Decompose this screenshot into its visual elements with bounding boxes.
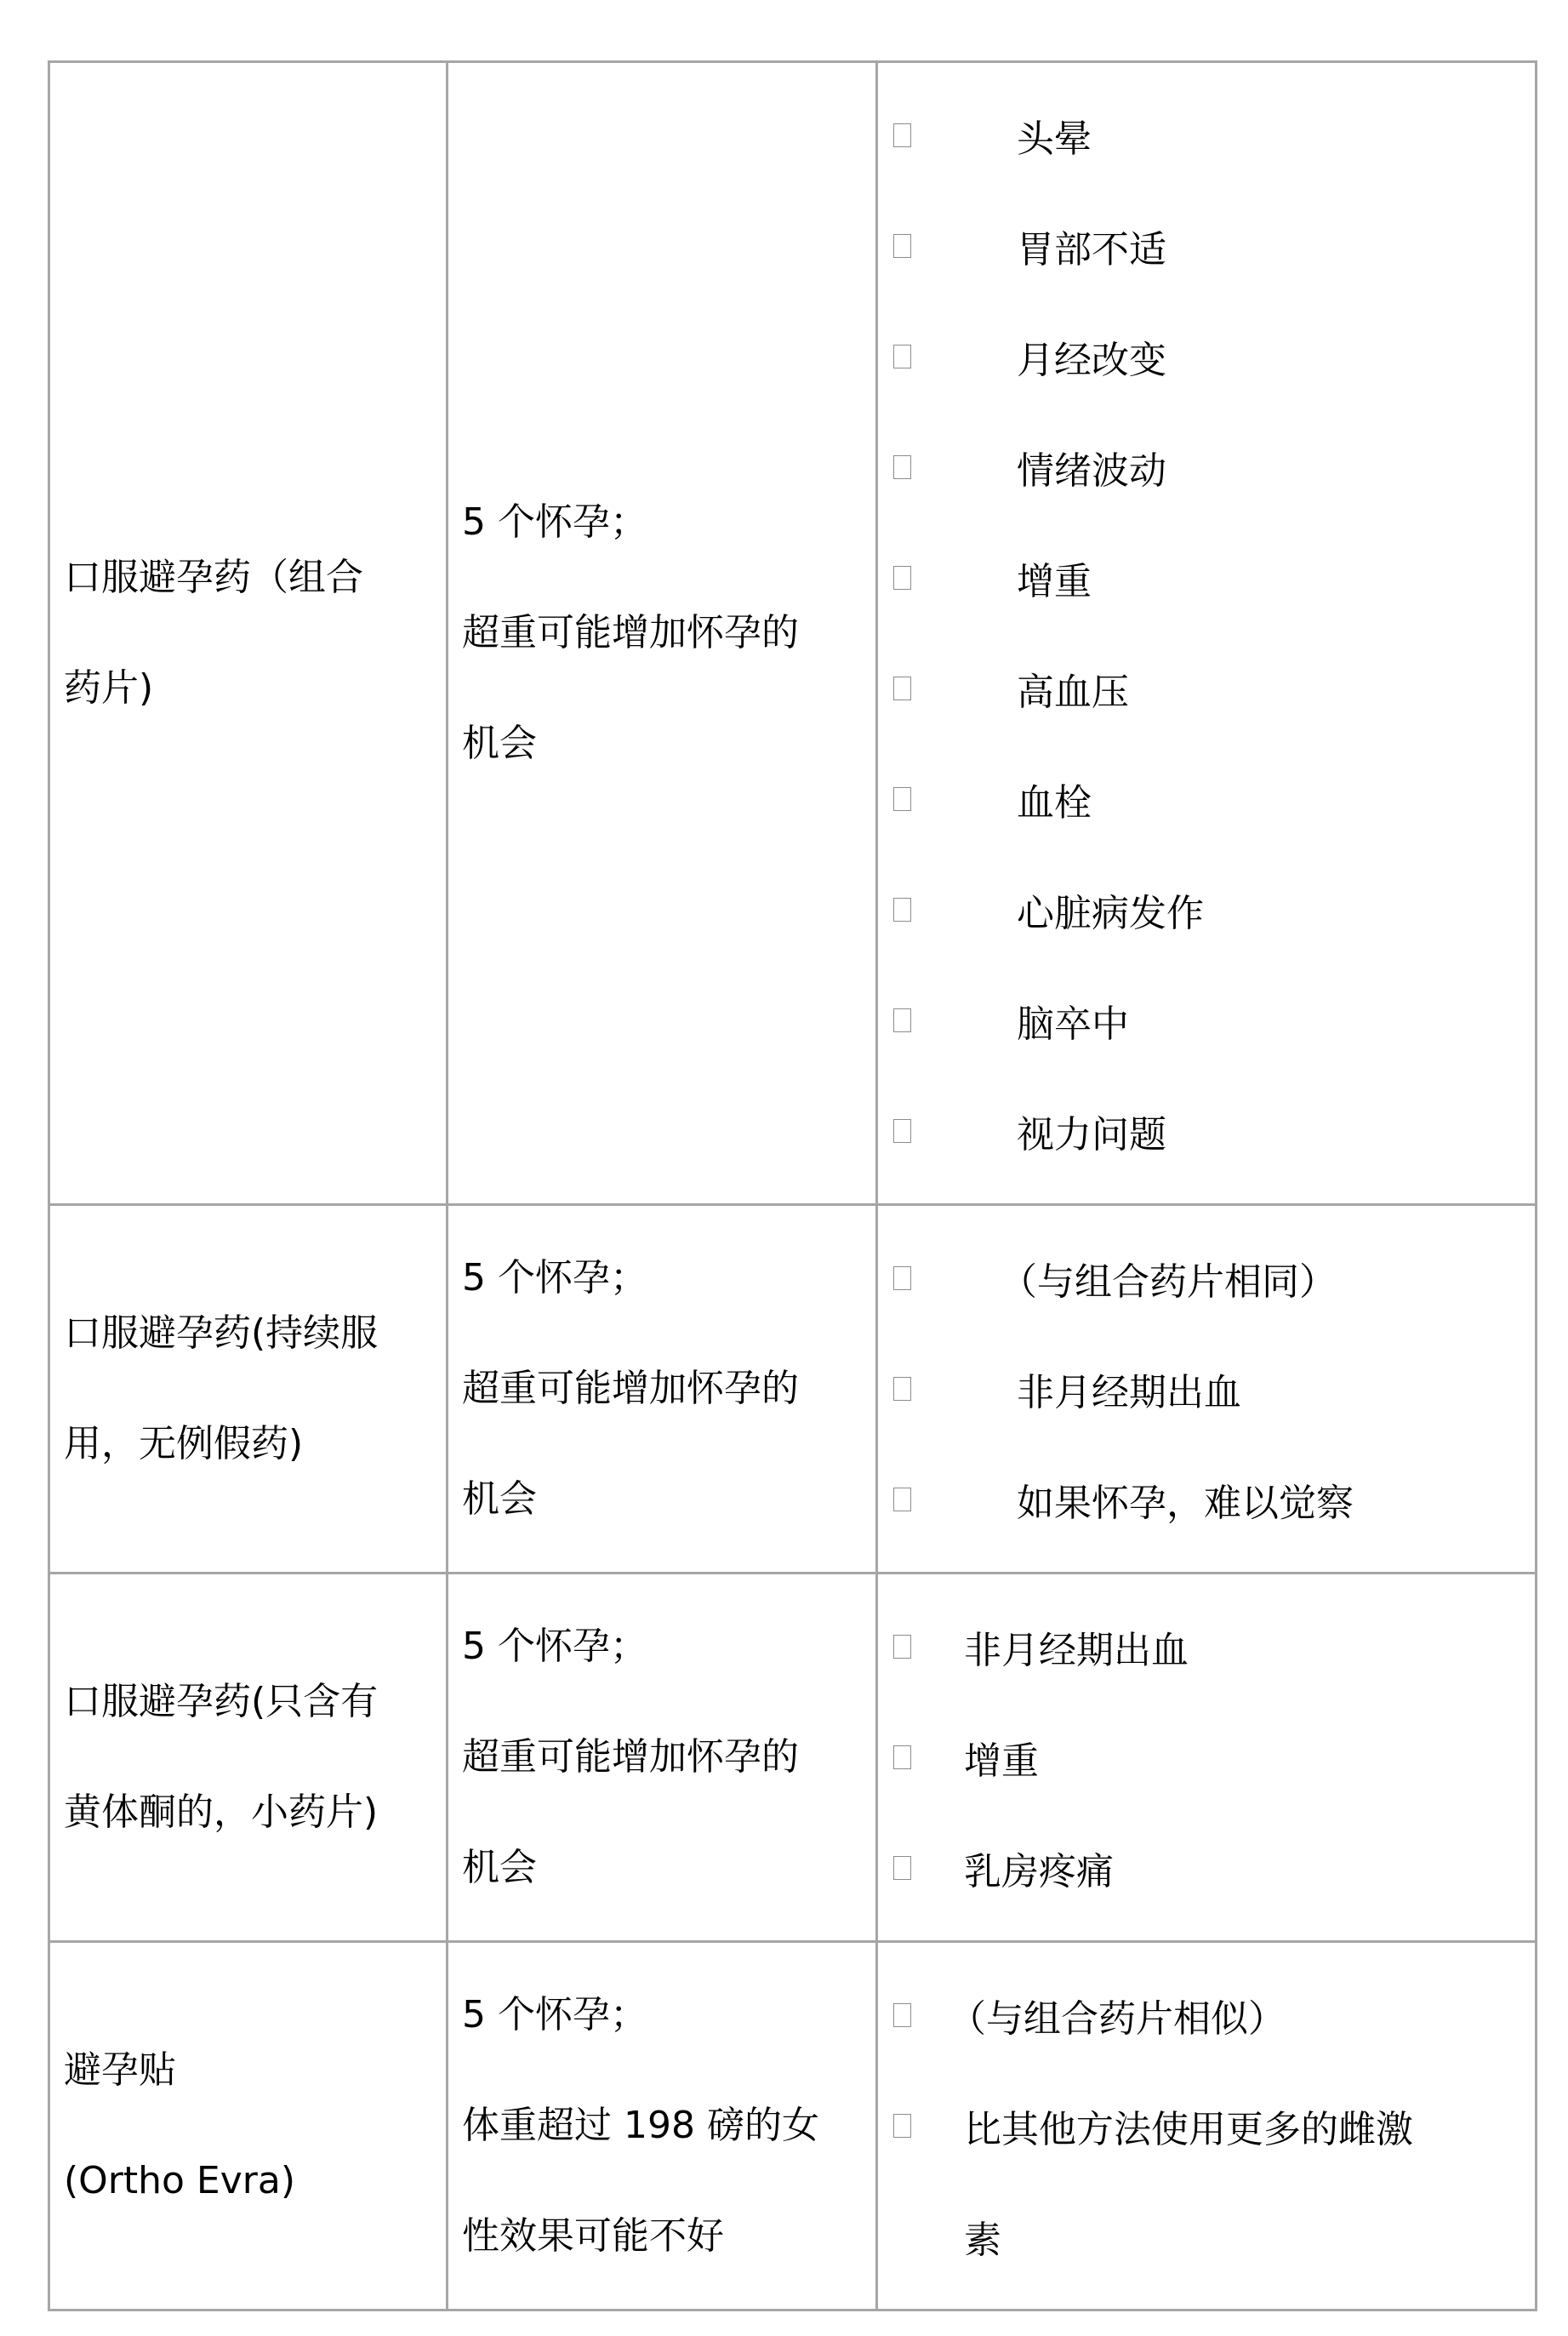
- table-row: 口服避孕药(持续服 用，无例假药) 5 个怀孕； 超重可能增加怀孕的 机会 （与…: [49, 1205, 1537, 1574]
- list-item: 月经改变: [878, 301, 1535, 412]
- list-item: 脑卒中: [878, 965, 1535, 1076]
- checkbox-icon: [893, 677, 911, 700]
- checkbox-icon: [893, 2114, 911, 2138]
- method-line: 黄体酮的，小药片): [64, 1757, 437, 1868]
- checkbox-icon: [893, 1266, 911, 1290]
- effectiveness-cell: 5 个怀孕； 超重可能增加怀孕的 机会: [448, 62, 877, 1205]
- side-effect-label: 高血压: [1017, 661, 1129, 716]
- side-effect-label: 非月经期出血: [1017, 1362, 1241, 1416]
- list-item: 比其他方法使用更多的雌激: [878, 2070, 1535, 2181]
- list-item: 增重: [878, 523, 1535, 633]
- side-effect-label: 视力问题: [1017, 1104, 1166, 1158]
- effectiveness-line: 5 个怀孕；: [462, 467, 867, 578]
- effectiveness-line: 5 个怀孕；: [462, 1960, 867, 2070]
- checkbox-icon: [893, 1488, 911, 1511]
- list-item: 非月经期出血: [878, 1334, 1535, 1444]
- side-effects-list: （与组合药片相同） 非月经期出血 如果怀孕，难以觉察: [878, 1206, 1535, 1572]
- list-item: 高血压: [878, 633, 1535, 744]
- side-effects-cell: （与组合药片相似） 比其他方法使用更多的雌激 素: [877, 1942, 1537, 2310]
- checkbox-icon: [893, 2003, 911, 2027]
- side-effect-label: 如果怀孕，难以觉察: [1017, 1472, 1354, 1527]
- method-cell: 口服避孕药(只含有 黄体酮的，小药片): [49, 1574, 448, 1942]
- effectiveness-line: 超重可能增加怀孕的: [462, 1702, 867, 1813]
- effectiveness-cell: 5 个怀孕； 超重可能增加怀孕的 机会: [448, 1205, 877, 1574]
- side-effects-cell: （与组合药片相同） 非月经期出血 如果怀孕，难以觉察: [877, 1205, 1537, 1574]
- list-item: 增重: [878, 1702, 1535, 1813]
- method-line: 口服避孕药(持续服: [64, 1278, 437, 1389]
- method-line: 口服避孕药（组合: [64, 523, 437, 633]
- checkbox-icon: [893, 1377, 911, 1401]
- method-line: 避孕贴: [64, 2015, 437, 2126]
- side-effect-label: 非月经期出血: [964, 1619, 1189, 1674]
- checkbox-icon: [893, 1119, 911, 1143]
- side-effect-label: （与组合药片相同）: [1000, 1251, 1337, 1305]
- checkbox-icon: [893, 234, 911, 258]
- side-effect-label: 血栓: [1017, 772, 1092, 826]
- side-effects-cell: 非月经期出血 增重 乳房疼痛: [877, 1574, 1537, 1942]
- effectiveness-line: 5 个怀孕；: [462, 1223, 867, 1334]
- side-effects-list: 头晕 胃部不适 月经改变 情绪波动 增重 高血压 血栓 心脏病发作 脑卒中 视力…: [878, 63, 1535, 1203]
- checkbox-icon: [893, 1635, 911, 1659]
- side-effects-list: 非月经期出血 增重 乳房疼痛: [878, 1574, 1535, 1940]
- method-line: 用，无例假药): [64, 1389, 437, 1499]
- contraception-table: 口服避孕药（组合 药片) 5 个怀孕； 超重可能增加怀孕的 机会 头晕 胃部不适…: [48, 60, 1537, 2311]
- method-line: 药片): [64, 633, 437, 744]
- side-effect-label: 增重: [1017, 551, 1092, 605]
- list-item: 胃部不适: [878, 191, 1535, 301]
- list-item: 如果怀孕，难以觉察: [878, 1444, 1535, 1555]
- checkbox-icon: [893, 1856, 911, 1880]
- checkbox-icon: [893, 345, 911, 368]
- list-item-continuation: 素: [878, 2181, 1535, 2292]
- side-effect-label: 心脏病发作: [1017, 882, 1204, 937]
- side-effect-label: 胃部不适: [1017, 219, 1166, 273]
- method-cell: 口服避孕药（组合 药片): [49, 62, 448, 1205]
- side-effect-label: 比其他方法使用更多的雌激: [964, 2099, 1413, 2153]
- checkbox-icon: [893, 566, 911, 590]
- checkbox-icon: [893, 898, 911, 922]
- method-line: 口服避孕药(只含有: [64, 1647, 437, 1757]
- effectiveness-line: 机会: [462, 1813, 867, 1923]
- side-effects-cell: 头晕 胃部不适 月经改变 情绪波动 增重 高血压 血栓 心脏病发作 脑卒中 视力…: [877, 62, 1537, 1205]
- list-item: 乳房疼痛: [878, 1813, 1535, 1923]
- checkbox-icon: [893, 123, 911, 147]
- effectiveness-line: 超重可能增加怀孕的: [462, 578, 867, 688]
- table-row: 避孕贴 (Ortho Evra) 5 个怀孕； 体重超过 198 磅的女 性效果…: [49, 1942, 1537, 2310]
- method-cell: 避孕贴 (Ortho Evra): [49, 1942, 448, 2310]
- table-row: 口服避孕药(只含有 黄体酮的，小药片) 5 个怀孕； 超重可能增加怀孕的 机会 …: [49, 1574, 1537, 1942]
- side-effects-list: （与组合药片相似） 比其他方法使用更多的雌激 素: [878, 1943, 1535, 2309]
- effectiveness-line: 5 个怀孕；: [462, 1591, 867, 1702]
- side-effect-label: 情绪波动: [1017, 440, 1166, 494]
- list-item: 血栓: [878, 744, 1535, 854]
- side-effect-label: 增重: [964, 1730, 1039, 1785]
- list-item: 非月经期出血: [878, 1591, 1535, 1702]
- effectiveness-line: 体重超过 198 磅的女: [462, 2070, 867, 2181]
- effectiveness-cell: 5 个怀孕； 超重可能增加怀孕的 机会: [448, 1574, 877, 1942]
- checkbox-icon: [893, 787, 911, 811]
- side-effect-label: 头晕: [1017, 108, 1092, 163]
- list-item: 头晕: [878, 80, 1535, 191]
- effectiveness-cell: 5 个怀孕； 体重超过 198 磅的女 性效果可能不好: [448, 1942, 877, 2310]
- effectiveness-line: 机会: [462, 688, 867, 799]
- effectiveness-line: 超重可能增加怀孕的: [462, 1334, 867, 1444]
- method-cell: 口服避孕药(持续服 用，无例假药): [49, 1205, 448, 1574]
- list-item: 视力问题: [878, 1076, 1535, 1186]
- checkbox-icon: [893, 1745, 911, 1769]
- list-item: 心脏病发作: [878, 854, 1535, 965]
- list-item: （与组合药片相似）: [878, 1960, 1535, 2070]
- side-effect-label: 乳房疼痛: [964, 1841, 1114, 1895]
- side-effect-label: 素: [964, 2209, 1001, 2264]
- side-effect-label: 脑卒中: [1017, 993, 1129, 1048]
- method-line: (Ortho Evra): [64, 2126, 437, 2236]
- checkbox-icon: [893, 1008, 911, 1032]
- checkbox-icon: [893, 455, 911, 479]
- side-effect-label: 月经改变: [1017, 329, 1166, 384]
- list-item: 情绪波动: [878, 412, 1535, 523]
- effectiveness-line: 性效果可能不好: [462, 2181, 867, 2292]
- effectiveness-line: 机会: [462, 1444, 867, 1555]
- list-item: （与组合药片相同）: [878, 1223, 1535, 1334]
- table-row: 口服避孕药（组合 药片) 5 个怀孕； 超重可能增加怀孕的 机会 头晕 胃部不适…: [49, 62, 1537, 1205]
- side-effect-label: （与组合药片相似）: [949, 1988, 1286, 2042]
